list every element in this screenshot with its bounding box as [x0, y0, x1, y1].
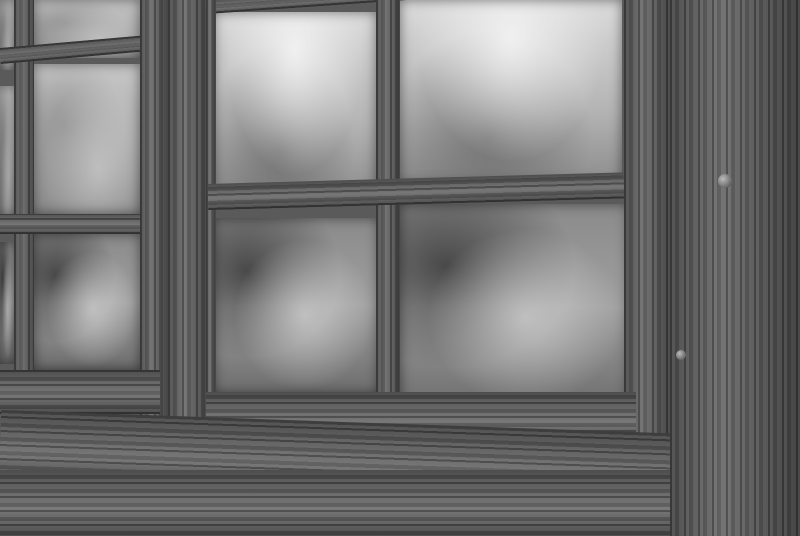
left-pane-bottom-left	[0, 242, 14, 364]
right-pane-top-right	[400, 0, 622, 184]
right-plank	[670, 0, 800, 536]
left-pane-middle-left	[0, 86, 14, 216]
right-pane-bottom-right	[400, 204, 628, 410]
left-rail-middle	[0, 214, 142, 234]
left-window-stile	[140, 0, 168, 418]
right-pane-bottom-left	[214, 218, 378, 394]
nail-icon	[676, 350, 686, 360]
photo-scene: Black-and-white photograph of an old wea…	[0, 0, 800, 536]
center-post	[168, 0, 210, 425]
left-sill	[0, 370, 160, 414]
bottom-board	[0, 470, 700, 536]
right-pane-top-left	[214, 12, 376, 198]
left-pane-middle	[34, 64, 140, 214]
nail-icon	[718, 174, 732, 188]
left-pane-bottom	[34, 234, 140, 370]
